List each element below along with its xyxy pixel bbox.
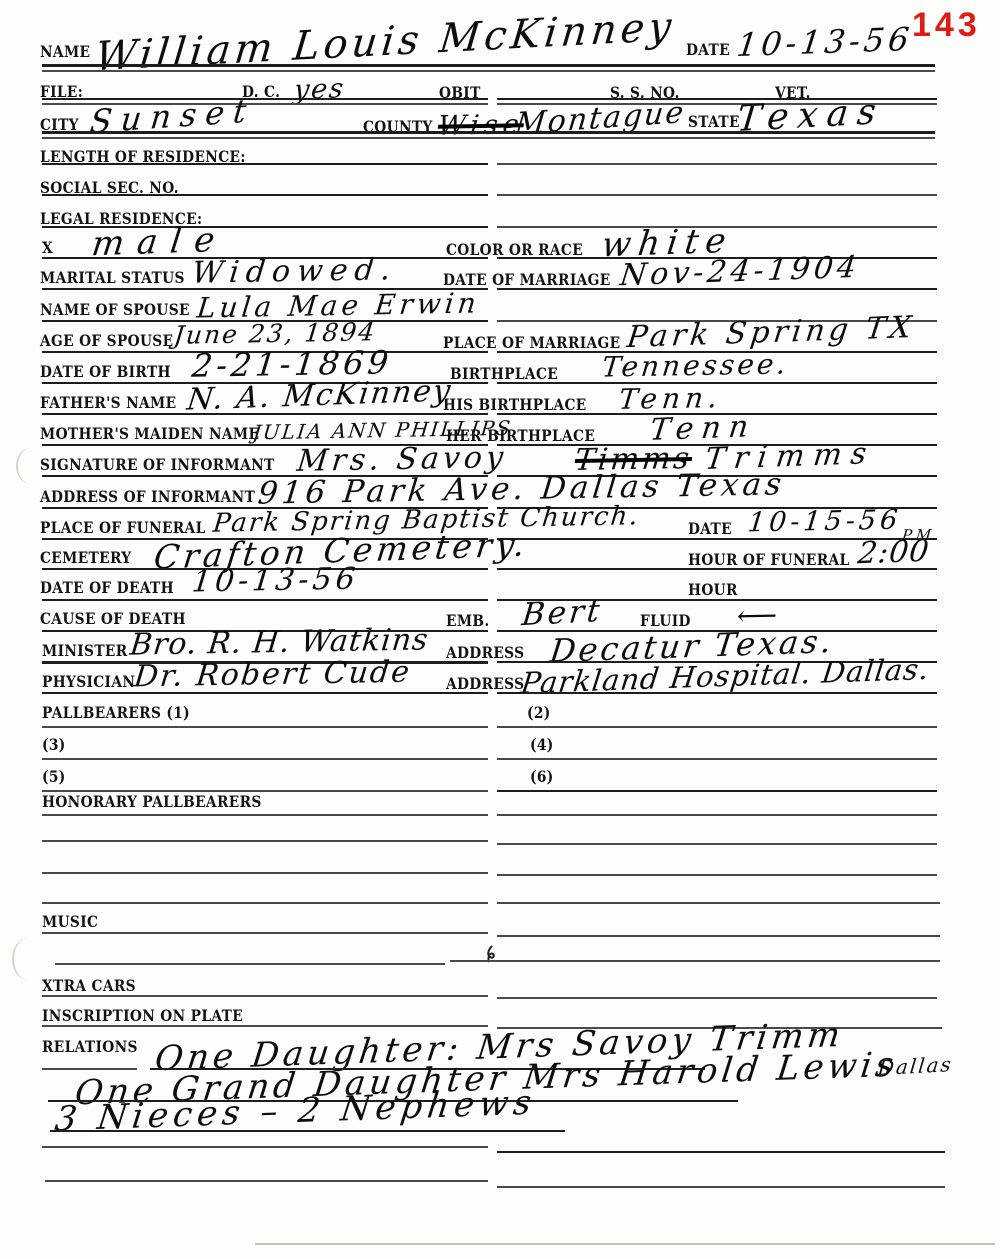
pallbearer-6-label: (6) bbox=[530, 767, 554, 786]
rule-line bbox=[42, 902, 488, 904]
rule-line bbox=[55, 963, 445, 965]
rule-line bbox=[42, 194, 488, 196]
rule-line bbox=[450, 960, 940, 962]
rule-line bbox=[497, 1151, 945, 1153]
rule-line bbox=[45, 1180, 488, 1182]
rule-line bbox=[497, 194, 937, 196]
rule-line bbox=[497, 843, 937, 845]
scan-artifact bbox=[16, 448, 44, 484]
cause-of-death-label: CAUSE OF DEATH bbox=[40, 609, 186, 628]
music-label: MUSIC bbox=[42, 912, 98, 931]
rule-line bbox=[497, 814, 937, 816]
inscription-on-plate-label: INSCRIPTION ON PLATE bbox=[42, 1006, 243, 1025]
relations-label: RELATIONS bbox=[42, 1037, 138, 1056]
rule-line bbox=[42, 1146, 488, 1148]
state-label: STATE bbox=[688, 112, 740, 131]
county-struck-value: Wise bbox=[437, 111, 526, 140]
fathers-name-label: FATHER'S NAME bbox=[40, 393, 176, 412]
hour-label: HOUR bbox=[688, 580, 738, 599]
physician-label: PHYSICIAN bbox=[42, 672, 135, 691]
birthplace-value: Tennessee. bbox=[601, 350, 790, 381]
emb-label: EMB. bbox=[446, 611, 490, 630]
age-of-spouse-label: AGE OF SPOUSE bbox=[40, 331, 173, 350]
emb-value: Bert bbox=[520, 596, 604, 631]
date-of-death-label: DATE OF DEATH bbox=[40, 578, 174, 597]
funeral-record-form: 143 NAME William Louis McKinney DATE 10-… bbox=[0, 0, 1000, 1259]
address-of-informant-label: ADDRESS OF INFORMANT bbox=[40, 487, 255, 506]
rule-line bbox=[42, 1025, 488, 1027]
place-of-funeral-label: PLACE OF FUNERAL bbox=[40, 518, 206, 537]
relations-line-2-note: Dallas bbox=[877, 1054, 954, 1078]
date-of-marriage-value: Nov-24-1904 bbox=[618, 253, 862, 292]
name-of-spouse-label: NAME OF SPOUSE bbox=[40, 300, 190, 319]
hour-of-funeral-meridiem: P.M. bbox=[901, 528, 939, 544]
marital-status-value: Widowed. bbox=[190, 255, 398, 289]
pallbearer-2-label: (2) bbox=[527, 703, 551, 722]
mothers-maiden-name-label: MOTHER'S MAIDEN NAME bbox=[40, 424, 259, 443]
page-number: 143 bbox=[912, 6, 981, 45]
name-label: NAME bbox=[40, 42, 90, 61]
rule-line bbox=[42, 131, 935, 134]
date-of-birth-label: DATE OF BIRTH bbox=[40, 362, 171, 381]
rule-line bbox=[497, 163, 937, 165]
rule-line bbox=[497, 935, 940, 937]
fathers-name-value: N. A. McKinney bbox=[185, 376, 454, 415]
birthplace-label: BIRTHPLACE bbox=[450, 364, 558, 383]
hour-of-funeral-label: HOUR OF FUNERAL bbox=[688, 550, 850, 569]
rule-line bbox=[255, 1243, 995, 1245]
signature-of-informant-label: SIGNATURE OF INFORMANT bbox=[40, 455, 275, 474]
date-of-death-value: 10-13-56 bbox=[190, 565, 360, 598]
rule-line bbox=[497, 874, 937, 876]
physician-address-label: ADDRESS bbox=[446, 674, 524, 693]
rule-line bbox=[497, 1186, 945, 1188]
rule-line bbox=[42, 726, 488, 728]
rule-line bbox=[42, 98, 488, 100]
rule-line bbox=[497, 692, 937, 694]
extra-cars-label: XTRA CARS bbox=[42, 976, 136, 995]
rule-line bbox=[497, 568, 937, 570]
rule-line bbox=[42, 599, 488, 601]
rule-line bbox=[42, 163, 488, 165]
date-top-value: 10-13-56 bbox=[735, 23, 915, 61]
honorary-pallbearers-label: HONORARY PALLBEARERS bbox=[42, 792, 262, 811]
date-top-label: DATE bbox=[686, 40, 730, 59]
rule-line bbox=[42, 995, 488, 997]
rule-line bbox=[42, 814, 488, 816]
rule-line bbox=[497, 726, 937, 728]
rule-line bbox=[42, 70, 935, 72]
cemetery-label: CEMETERY bbox=[40, 548, 131, 567]
pallbearer-4-label: (4) bbox=[530, 735, 554, 754]
funeral-date-label: DATE bbox=[688, 519, 732, 538]
rule-line bbox=[42, 64, 935, 67]
rule-line bbox=[42, 840, 488, 842]
rule-line bbox=[50, 1130, 565, 1132]
rule-line bbox=[497, 758, 937, 760]
marital-status-label: MARITAL STATUS bbox=[40, 268, 185, 287]
minister-address-label: ADDRESS bbox=[446, 643, 524, 662]
place-of-marriage-label: PLACE OF MARRIAGE bbox=[443, 333, 620, 352]
rule-line bbox=[42, 932, 488, 934]
scan-artifact bbox=[12, 938, 44, 980]
sex-label: X bbox=[42, 238, 53, 257]
rule-line bbox=[42, 137, 935, 139]
minister-label: MINISTER bbox=[42, 641, 128, 660]
pallbearer-3-label: (3) bbox=[42, 735, 66, 754]
his-birthplace-label: HIS BIRTHPLACE bbox=[443, 395, 587, 414]
rule-line bbox=[42, 872, 488, 874]
rule-line bbox=[42, 413, 488, 415]
rule-line bbox=[42, 692, 488, 694]
funeral-date-value: 10-15-56 bbox=[747, 507, 903, 537]
his-birthplace-value: Tenn. bbox=[618, 384, 724, 414]
rule-line bbox=[497, 288, 937, 290]
rule-line bbox=[42, 1068, 137, 1070]
rule-line bbox=[497, 790, 937, 792]
physician-value: Dr. Robert Cude bbox=[132, 658, 412, 693]
pallbearers-label: PALLBEARERS (1) bbox=[42, 703, 190, 722]
pallbearer-5-label: (5) bbox=[42, 767, 66, 786]
rule-line bbox=[497, 997, 937, 999]
rule-line bbox=[42, 758, 488, 760]
rule-line bbox=[497, 902, 940, 904]
